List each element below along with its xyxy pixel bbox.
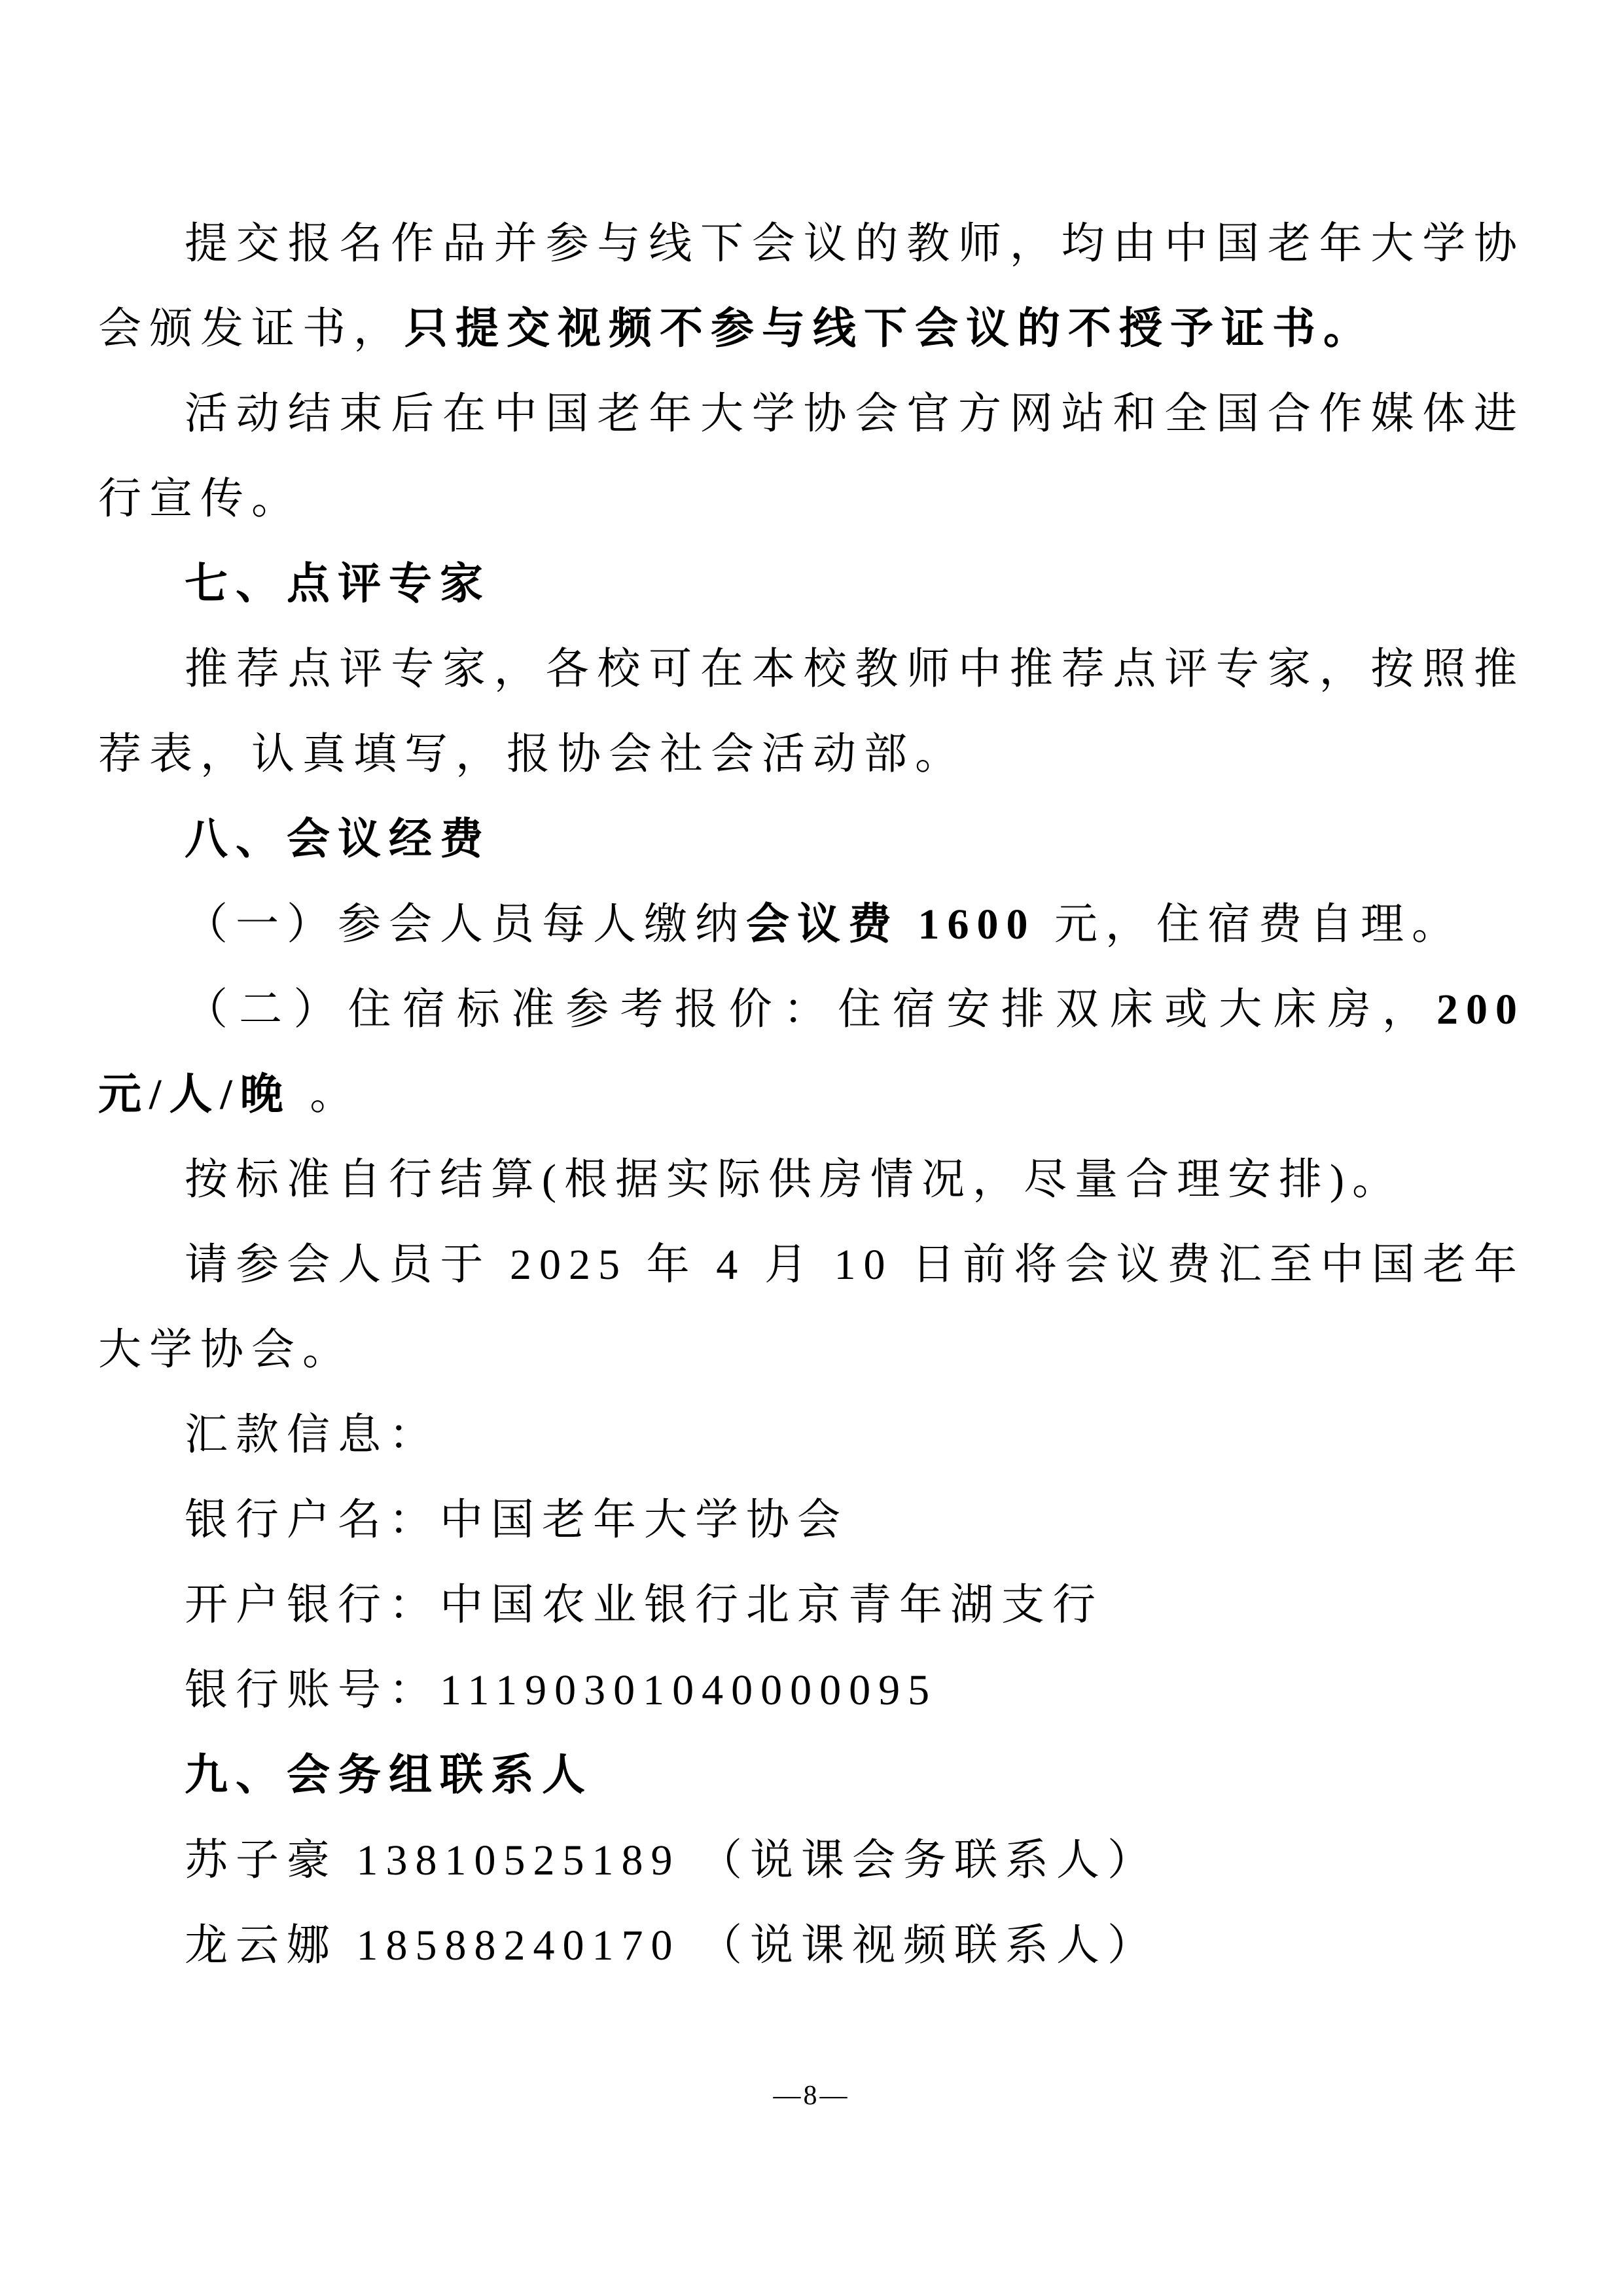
- heading-section-seven-review-experts: 七、点评专家: [98, 542, 1525, 627]
- text-run: 龙云娜 18588240170 （说课视频联系人）: [185, 1922, 1158, 1969]
- paragraph-payment-deadline: 请参会人员于 2025 年 4 月 10 日前将会议费汇至中国老年大学协会。: [98, 1223, 1525, 1393]
- heading-text: 八、会议经费: [185, 816, 491, 863]
- text-run: （二）住宿标准参考报价：住宿安排双床或大床房，: [185, 986, 1436, 1033]
- page-footer: —8—: [0, 2076, 1623, 2115]
- heading-section-nine-contacts: 九、会务组联系人: [98, 1733, 1525, 1818]
- text-run: （一）参会人员每人缴纳: [185, 901, 746, 948]
- text-run: 请参会人员于 2025 年 4 月 10 日前将会议费汇至中国老年大学协会。: [98, 1241, 1525, 1374]
- text-run: 元，住宿费自理。: [1036, 901, 1463, 948]
- paragraph-conference-fee: （一）参会人员每人缴纳会议费 1600 元，住宿费自理。: [98, 882, 1525, 967]
- document-page: 提交报名作品并参与线下会议的教师，均由中国老年大学协会颁发证书，只提交视频不参与…: [0, 0, 1623, 2296]
- heading-text: 七、点评专家: [185, 560, 491, 608]
- text-run: 活动结束后在中国老年大学协会官方网站和全国合作媒体进行宣传。: [98, 390, 1525, 523]
- text-run: 。: [291, 1071, 361, 1119]
- paragraph-contact-su-zihao: 苏子豪 13810525189 （说课会务联系人）: [98, 1818, 1525, 1903]
- paragraph-settlement-note: 按标准自行结算(根据实际供房情况，尽量合理安排)。: [98, 1138, 1525, 1223]
- paragraph-bank-branch: 开户银行：中国农业银行北京青年湖支行: [98, 1563, 1525, 1648]
- paragraph-bank-account-number: 银行账号：11190301040000095: [98, 1648, 1525, 1733]
- text-run: 按标准自行结算(根据实际供房情况，尽量合理安排)。: [185, 1156, 1403, 1204]
- bold-text-run: 会议费 1600: [746, 901, 1036, 948]
- text-run: 银行户名：中国老年大学协会: [185, 1496, 848, 1544]
- document-body: 提交报名作品并参与线下会议的教师，均由中国老年大学协会颁发证书，只提交视频不参与…: [98, 202, 1525, 1988]
- text-run: 苏子豪 13810525189 （说课会务联系人）: [185, 1837, 1158, 1884]
- text-run: 开户银行：中国农业银行北京青年湖支行: [185, 1581, 1103, 1629]
- paragraph-expert-recommendation: 推荐点评专家，各校可在本校教师中推荐点评专家，按照推荐表，认真填写，报协会社会活…: [98, 627, 1525, 797]
- text-run: 汇款信息：: [185, 1411, 440, 1459]
- text-run: 银行账号：11190301040000095: [185, 1666, 937, 1714]
- page-number: —8—: [774, 2081, 850, 2111]
- bold-text-run: 只提交视频不参与线下会议的不授予证书。: [404, 305, 1374, 353]
- paragraph-bank-account-name: 银行户名：中国老年大学协会: [98, 1478, 1525, 1563]
- heading-section-eight-conference-funds: 八、会议经费: [98, 797, 1525, 882]
- paragraph-contact-long-yunna: 龙云娜 18588240170 （说课视频联系人）: [98, 1903, 1525, 1988]
- paragraph-publicity: 活动结束后在中国老年大学协会官方网站和全国合作媒体进行宣传。: [98, 372, 1525, 542]
- paragraph-remittance-info-label: 汇款信息：: [98, 1393, 1525, 1478]
- paragraph-accommodation-standard: （二）住宿标准参考报价：住宿安排双床或大床房，200 元/人/晚 。: [98, 967, 1525, 1138]
- heading-text: 九、会务组联系人: [185, 1751, 593, 1799]
- paragraph-certificate-policy: 提交报名作品并参与线下会议的教师，均由中国老年大学协会颁发证书，只提交视频不参与…: [98, 202, 1525, 372]
- text-run: 推荐点评专家，各校可在本校教师中推荐点评专家，按照推荐表，认真填写，报协会社会活…: [98, 645, 1525, 778]
